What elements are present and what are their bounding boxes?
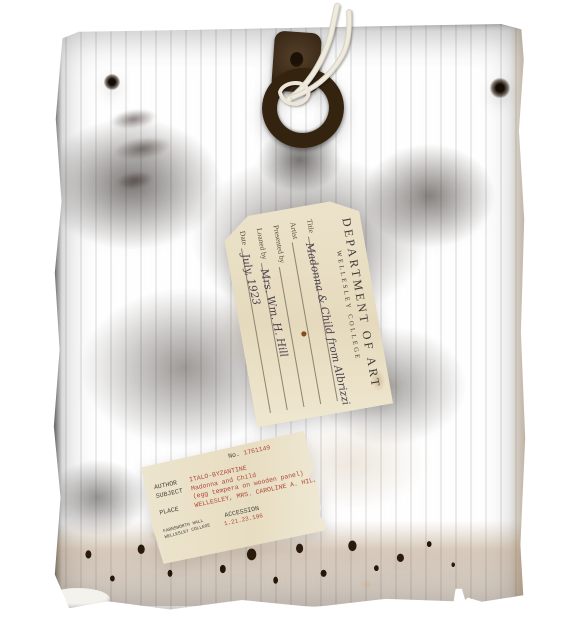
catalog-org-block: FARNSWORTH HALL WELLESLEY COLLEGE	[163, 517, 211, 540]
department-label-content: DEPARTMENT OF ART WELLESLEY COLLEGE Titl…	[229, 212, 384, 415]
handwritten-date: July, 1923	[239, 253, 262, 307]
gesso-chip	[52, 588, 110, 608]
field-label: Artist	[288, 221, 300, 239]
plate-dimple	[290, 52, 304, 68]
field-label: Date	[238, 230, 249, 246]
catalog-number-value: 1761149	[243, 444, 271, 457]
catalog-number-label: No.	[228, 451, 241, 460]
catalog-row-label: PLACE	[159, 502, 196, 518]
field-label: Title	[305, 218, 316, 233]
wood-panel: DEPARTMENT OF ART WELLESLEY COLLEGE Titl…	[50, 24, 530, 616]
accession-block: ACCESSION 1.21.23.196	[222, 504, 264, 527]
nail-hole-left	[104, 74, 120, 90]
photo-of-panel-back: DEPARTMENT OF ART WELLESLEY COLLEGE Titl…	[0, 0, 581, 640]
faint-inscription-smudge	[72, 94, 199, 204]
red-paint-edge	[50, 415, 54, 504]
nail-hole-right	[490, 78, 510, 98]
